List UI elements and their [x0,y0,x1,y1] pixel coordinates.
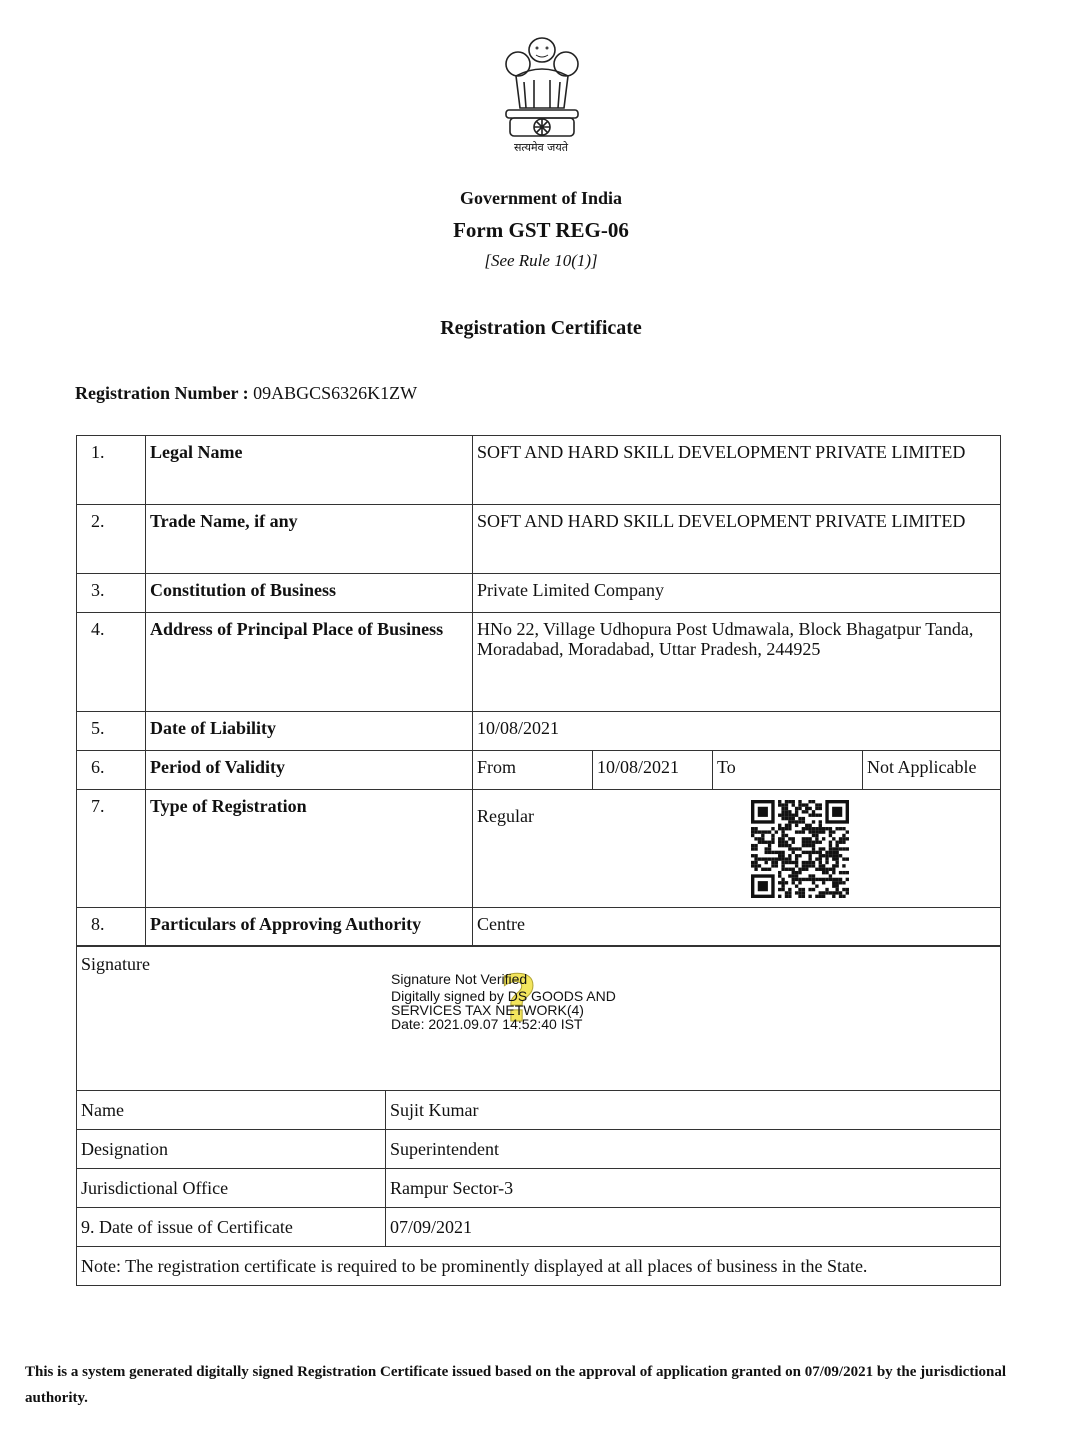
officer-label: Name [77,1091,386,1130]
signature-label: Signature [81,954,150,974]
row-number: 2. [77,505,146,574]
officer-label: 9. Date of issue of Certificate [77,1208,386,1247]
row-value-cell: Regular [473,790,1001,908]
officer-value: Sujit Kumar [386,1091,1001,1130]
officer-value: Superintendent [386,1130,1001,1169]
officer-value: Rampur Sector-3 [386,1169,1001,1208]
table-row: 3. Constitution of Business Private Limi… [77,574,1001,613]
table-row: 1. Legal Name SOFT AND HARD SKILL DEVELO… [77,436,1001,505]
validity-from-label: From [473,751,593,790]
row-label: Trade Name, if any [146,505,473,574]
registration-number-label: Registration Number : [75,383,249,403]
table-row: 6. Period of Validity From 10/08/2021 To… [77,751,1001,790]
form-title: Form GST REG-06 [0,218,1082,243]
row-value: Centre [473,908,1001,947]
registration-number-value: 09ABGCS6326K1ZW [253,383,417,403]
table-row: 2. Trade Name, if any SOFT AND HARD SKIL… [77,505,1001,574]
certificate-title: Registration Certificate [0,317,1082,340]
row-value: Private Limited Company [473,574,1001,613]
rule-reference: [See Rule 10(1)] [0,251,1082,271]
officer-row: Name Sujit Kumar [77,1091,1001,1130]
signature-status: Signature Not Verified [391,972,616,986]
officer-label: Jurisdictional Office [77,1169,386,1208]
note-row: Note: The registration certificate is re… [77,1247,1001,1286]
officer-label: Designation [77,1130,386,1169]
qr-code-icon [751,800,849,898]
table-row: 5. Date of Liability 10/08/2021 [77,712,1001,751]
row-number: 7. [77,790,146,908]
row-label: Legal Name [146,436,473,505]
signature-cell: Signature ? Signature Not Verified Digit… [77,946,1001,1091]
officer-row: Designation Superintendent [77,1130,1001,1169]
validity-to-value: Not Applicable [863,751,1001,790]
emblem-motto: सत्यमेव जयते [0,140,1082,155]
validity-from-value: 10/08/2021 [593,751,713,790]
table-row: 7. Type of Registration Regular [77,790,1001,908]
row-label: Period of Validity [146,751,473,790]
row-label: Constitution of Business [146,574,473,613]
row-number: 4. [77,613,146,712]
registration-type: Regular [477,796,996,826]
footer-disclaimer: This is a system generated digitally sig… [25,1359,1055,1411]
officer-row: Jurisdictional Office Rampur Sector-3 [77,1169,1001,1208]
signature-date: Date: 2021.09.07 14:52:40 IST [391,1017,616,1031]
row-number: 6. [77,751,146,790]
row-number: 3. [77,574,146,613]
row-label: Type of Registration [146,790,473,908]
row-number: 5. [77,712,146,751]
row-label: Particulars of Approving Authority [146,908,473,947]
row-value: 10/08/2021 [473,712,1001,751]
registration-number: Registration Number : 09ABGCS6326K1ZW [75,383,417,404]
row-label: Date of Liability [146,712,473,751]
officer-row: 9. Date of issue of Certificate 07/09/20… [77,1208,1001,1247]
row-number: 8. [77,908,146,947]
signature-signer-line2: SERVICES TAX NETWORK(4) [391,1003,616,1017]
signature-row: Signature ? Signature Not Verified Digit… [77,946,1001,1091]
row-value: HNo 22, Village Udhopura Post Udmawala, … [473,613,1001,712]
digital-signature-block: Signature Not Verified Digitally signed … [391,972,616,1031]
signature-signer-line1: Digitally signed by DS GOODS AND [391,989,616,1003]
display-note: Note: The registration certificate is re… [77,1247,1001,1286]
row-label: Address of Principal Place of Business [146,613,473,712]
row-value: SOFT AND HARD SKILL DEVELOPMENT PRIVATE … [473,436,1001,505]
table-row: 8. Particulars of Approving Authority Ce… [77,908,1001,947]
validity-to-label: To [713,751,863,790]
signature-table: Signature ? Signature Not Verified Digit… [76,945,1001,1286]
government-title: Government of India [0,188,1082,209]
table-row: 4. Address of Principal Place of Busines… [77,613,1001,712]
details-table: 1. Legal Name SOFT AND HARD SKILL DEVELO… [76,435,1001,947]
row-value: SOFT AND HARD SKILL DEVELOPMENT PRIVATE … [473,505,1001,574]
officer-value: 07/09/2021 [386,1208,1001,1247]
row-number: 1. [77,436,146,505]
